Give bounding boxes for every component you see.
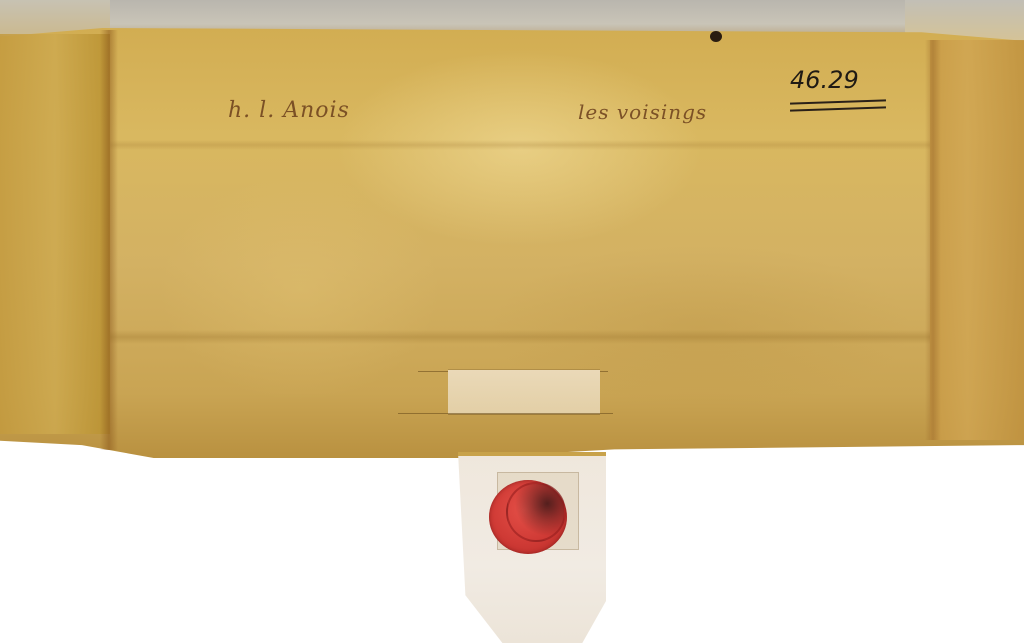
tag-strip-through-slot	[448, 370, 600, 414]
slot-cut-bottom	[398, 413, 613, 414]
document-photo: h. l. Anois les voisings 46.29	[0, 0, 1024, 643]
left-crease	[100, 30, 118, 450]
bottom-fold	[110, 330, 930, 344]
horizontal-fold	[110, 140, 930, 150]
parchment-hole	[710, 31, 722, 42]
seal-tag-top-edge	[458, 452, 606, 456]
shelfmark-number: 46.29	[790, 66, 859, 94]
wax-seal-impression	[506, 482, 566, 542]
handwritten-note-middle: les voisings	[578, 100, 707, 124]
right-crease	[925, 40, 941, 440]
right-fold-panel	[930, 40, 1024, 440]
left-fold-panel	[0, 34, 110, 434]
handwritten-note-left: h. l. Anois	[228, 98, 350, 123]
